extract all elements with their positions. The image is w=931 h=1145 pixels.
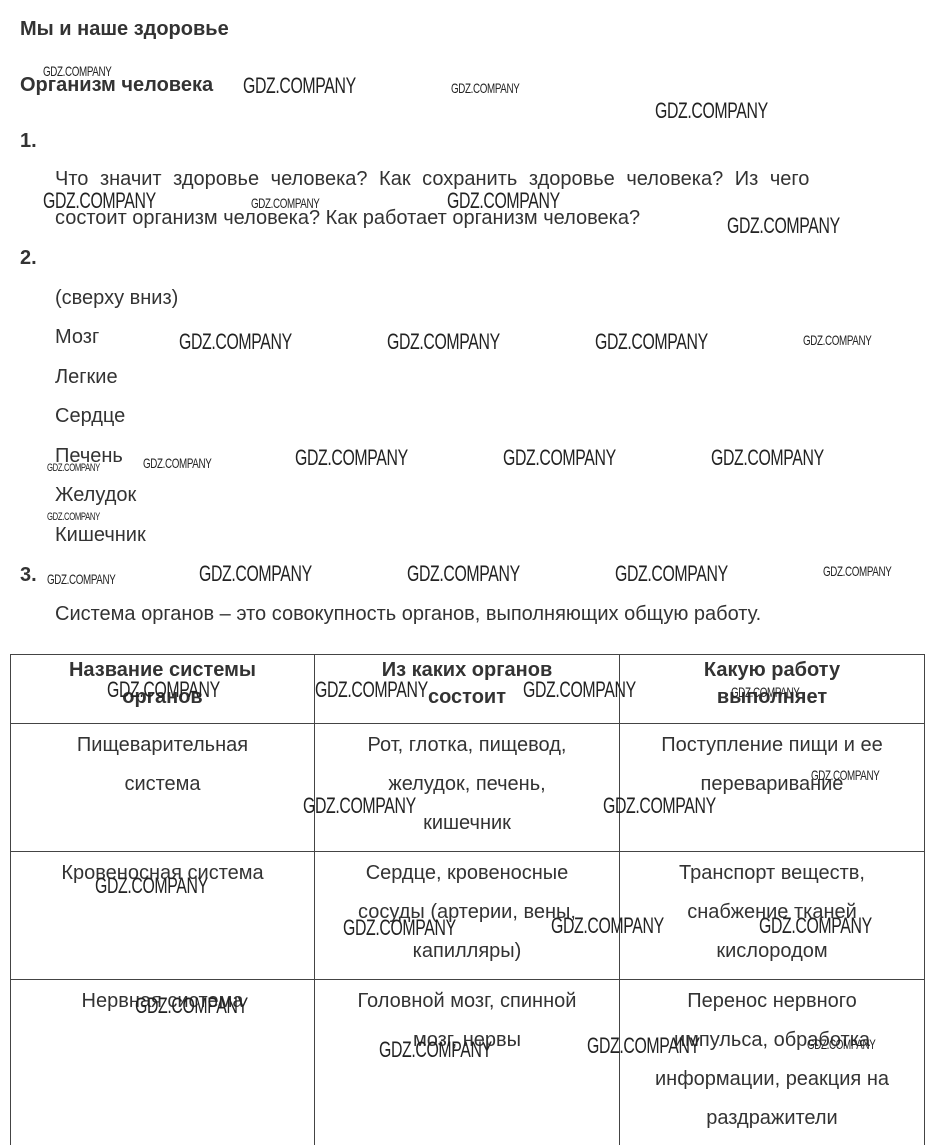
cell-line: Поступление пищи и ее xyxy=(626,726,918,765)
watermark: GDZ.COMPANY xyxy=(43,63,111,79)
function-cell: Поступление пищи и ее переваривание xyxy=(620,724,925,852)
watermark: GDZ.COMPANY xyxy=(199,561,312,587)
cell-line: Пищеварительная xyxy=(17,726,308,765)
watermark: GDZ.COMPANY xyxy=(823,563,891,579)
organ-list-item: Сердце xyxy=(55,405,125,428)
watermark: GDZ.COMPANY xyxy=(251,195,319,211)
watermark: GDZ.COMPANY xyxy=(447,188,560,214)
q1-answer-line1: Что значит здоровье человека? Как сохран… xyxy=(55,168,809,191)
question-number-3: 3. xyxy=(20,564,37,587)
watermark: GDZ.COMPANY xyxy=(47,571,115,587)
organs-cell: Рот, глотка, пищевод, желудок, печень, к… xyxy=(315,724,620,852)
page-title: Мы и наше здоровье xyxy=(20,18,229,41)
watermark: GDZ.COMPANY xyxy=(615,561,728,587)
watermark: GDZ.COMPANY xyxy=(303,793,416,819)
watermark: GDZ.COMPANY xyxy=(711,445,824,471)
question-number-2: 2. xyxy=(20,247,37,270)
system-name-cell: Кровеносная система xyxy=(11,852,315,980)
cell-line: Сердце, кровеносные xyxy=(321,854,613,893)
watermark: GDZ.COMPANY xyxy=(807,1036,875,1052)
cell-line: Головной мозг, спинной xyxy=(321,982,613,1021)
watermark: GDZ.COMPANY xyxy=(47,511,100,523)
watermark: GDZ.COMPANY xyxy=(803,332,871,348)
table-row: Пищеварительная система Рот, глотка, пищ… xyxy=(11,724,925,852)
cell-line: раздражители xyxy=(626,1099,918,1138)
organ-list-item: Кишечник xyxy=(55,524,146,547)
watermark: GDZ.COMPANY xyxy=(407,561,520,587)
cell-line: Перенос нервного xyxy=(626,982,918,1021)
watermark: GDZ.COMPANY xyxy=(47,462,100,474)
watermark: GDZ.COMPANY xyxy=(587,1033,700,1059)
organ-list-item: Желудок xyxy=(55,484,136,507)
watermark: GDZ.COMPANY xyxy=(179,329,292,355)
function-cell: Перенос нервного импульса, обработка инф… xyxy=(620,980,925,1145)
cell-line: информации, реакция на xyxy=(626,1060,918,1099)
watermark: GDZ.COMPANY xyxy=(551,913,664,939)
watermark: GDZ.COMPANY xyxy=(523,677,636,703)
q3-definition: Система органов – это совокупность орган… xyxy=(55,603,761,626)
cell-line: Рот, глотка, пищевод, xyxy=(321,726,613,765)
watermark: GDZ.COMPANY xyxy=(295,445,408,471)
watermark: GDZ.COMPANY xyxy=(603,793,716,819)
watermark: GDZ.COMPANY xyxy=(143,455,211,471)
organ-list-item: Легкие xyxy=(55,366,118,389)
watermark: GDZ.COMPANY xyxy=(95,873,208,899)
watermark: GDZ.COMPANY xyxy=(503,445,616,471)
watermark: GDZ.COMPANY xyxy=(387,329,500,355)
watermark: GDZ.COMPANY xyxy=(595,329,708,355)
watermark: GDZ.COMPANY xyxy=(759,913,872,939)
watermark: GDZ.COMPANY xyxy=(655,98,768,124)
organ-list-item: Мозг xyxy=(55,326,99,349)
watermark: GDZ.COMPANY xyxy=(343,915,456,941)
cell-line: Транспорт веществ, xyxy=(626,854,918,893)
watermark: GDZ.COMPANY xyxy=(315,677,428,703)
watermark: GDZ.COMPANY xyxy=(107,677,220,703)
question-number-1: 1. xyxy=(20,130,37,153)
system-name-cell: Пищеварительная система xyxy=(11,724,315,852)
watermark: GDZ.COMPANY xyxy=(243,73,356,99)
watermark: GDZ.COMPANY xyxy=(43,188,156,214)
cell-line: система xyxy=(17,765,308,804)
watermark: GDZ.COMPANY xyxy=(379,1037,492,1063)
watermark: GDZ.COMPANY xyxy=(811,767,879,783)
organ-systems-table: Название системы органов Из каких органо… xyxy=(10,654,925,1145)
watermark: GDZ.COMPANY xyxy=(451,80,519,96)
watermark: GDZ.COMPANY xyxy=(727,213,840,239)
watermark: GDZ.COMPANY xyxy=(135,993,248,1019)
q2-note: (сверху вниз) xyxy=(55,287,178,310)
header-line: Какую работу xyxy=(626,657,918,684)
watermark: GDZ.COMPANY xyxy=(731,684,799,700)
